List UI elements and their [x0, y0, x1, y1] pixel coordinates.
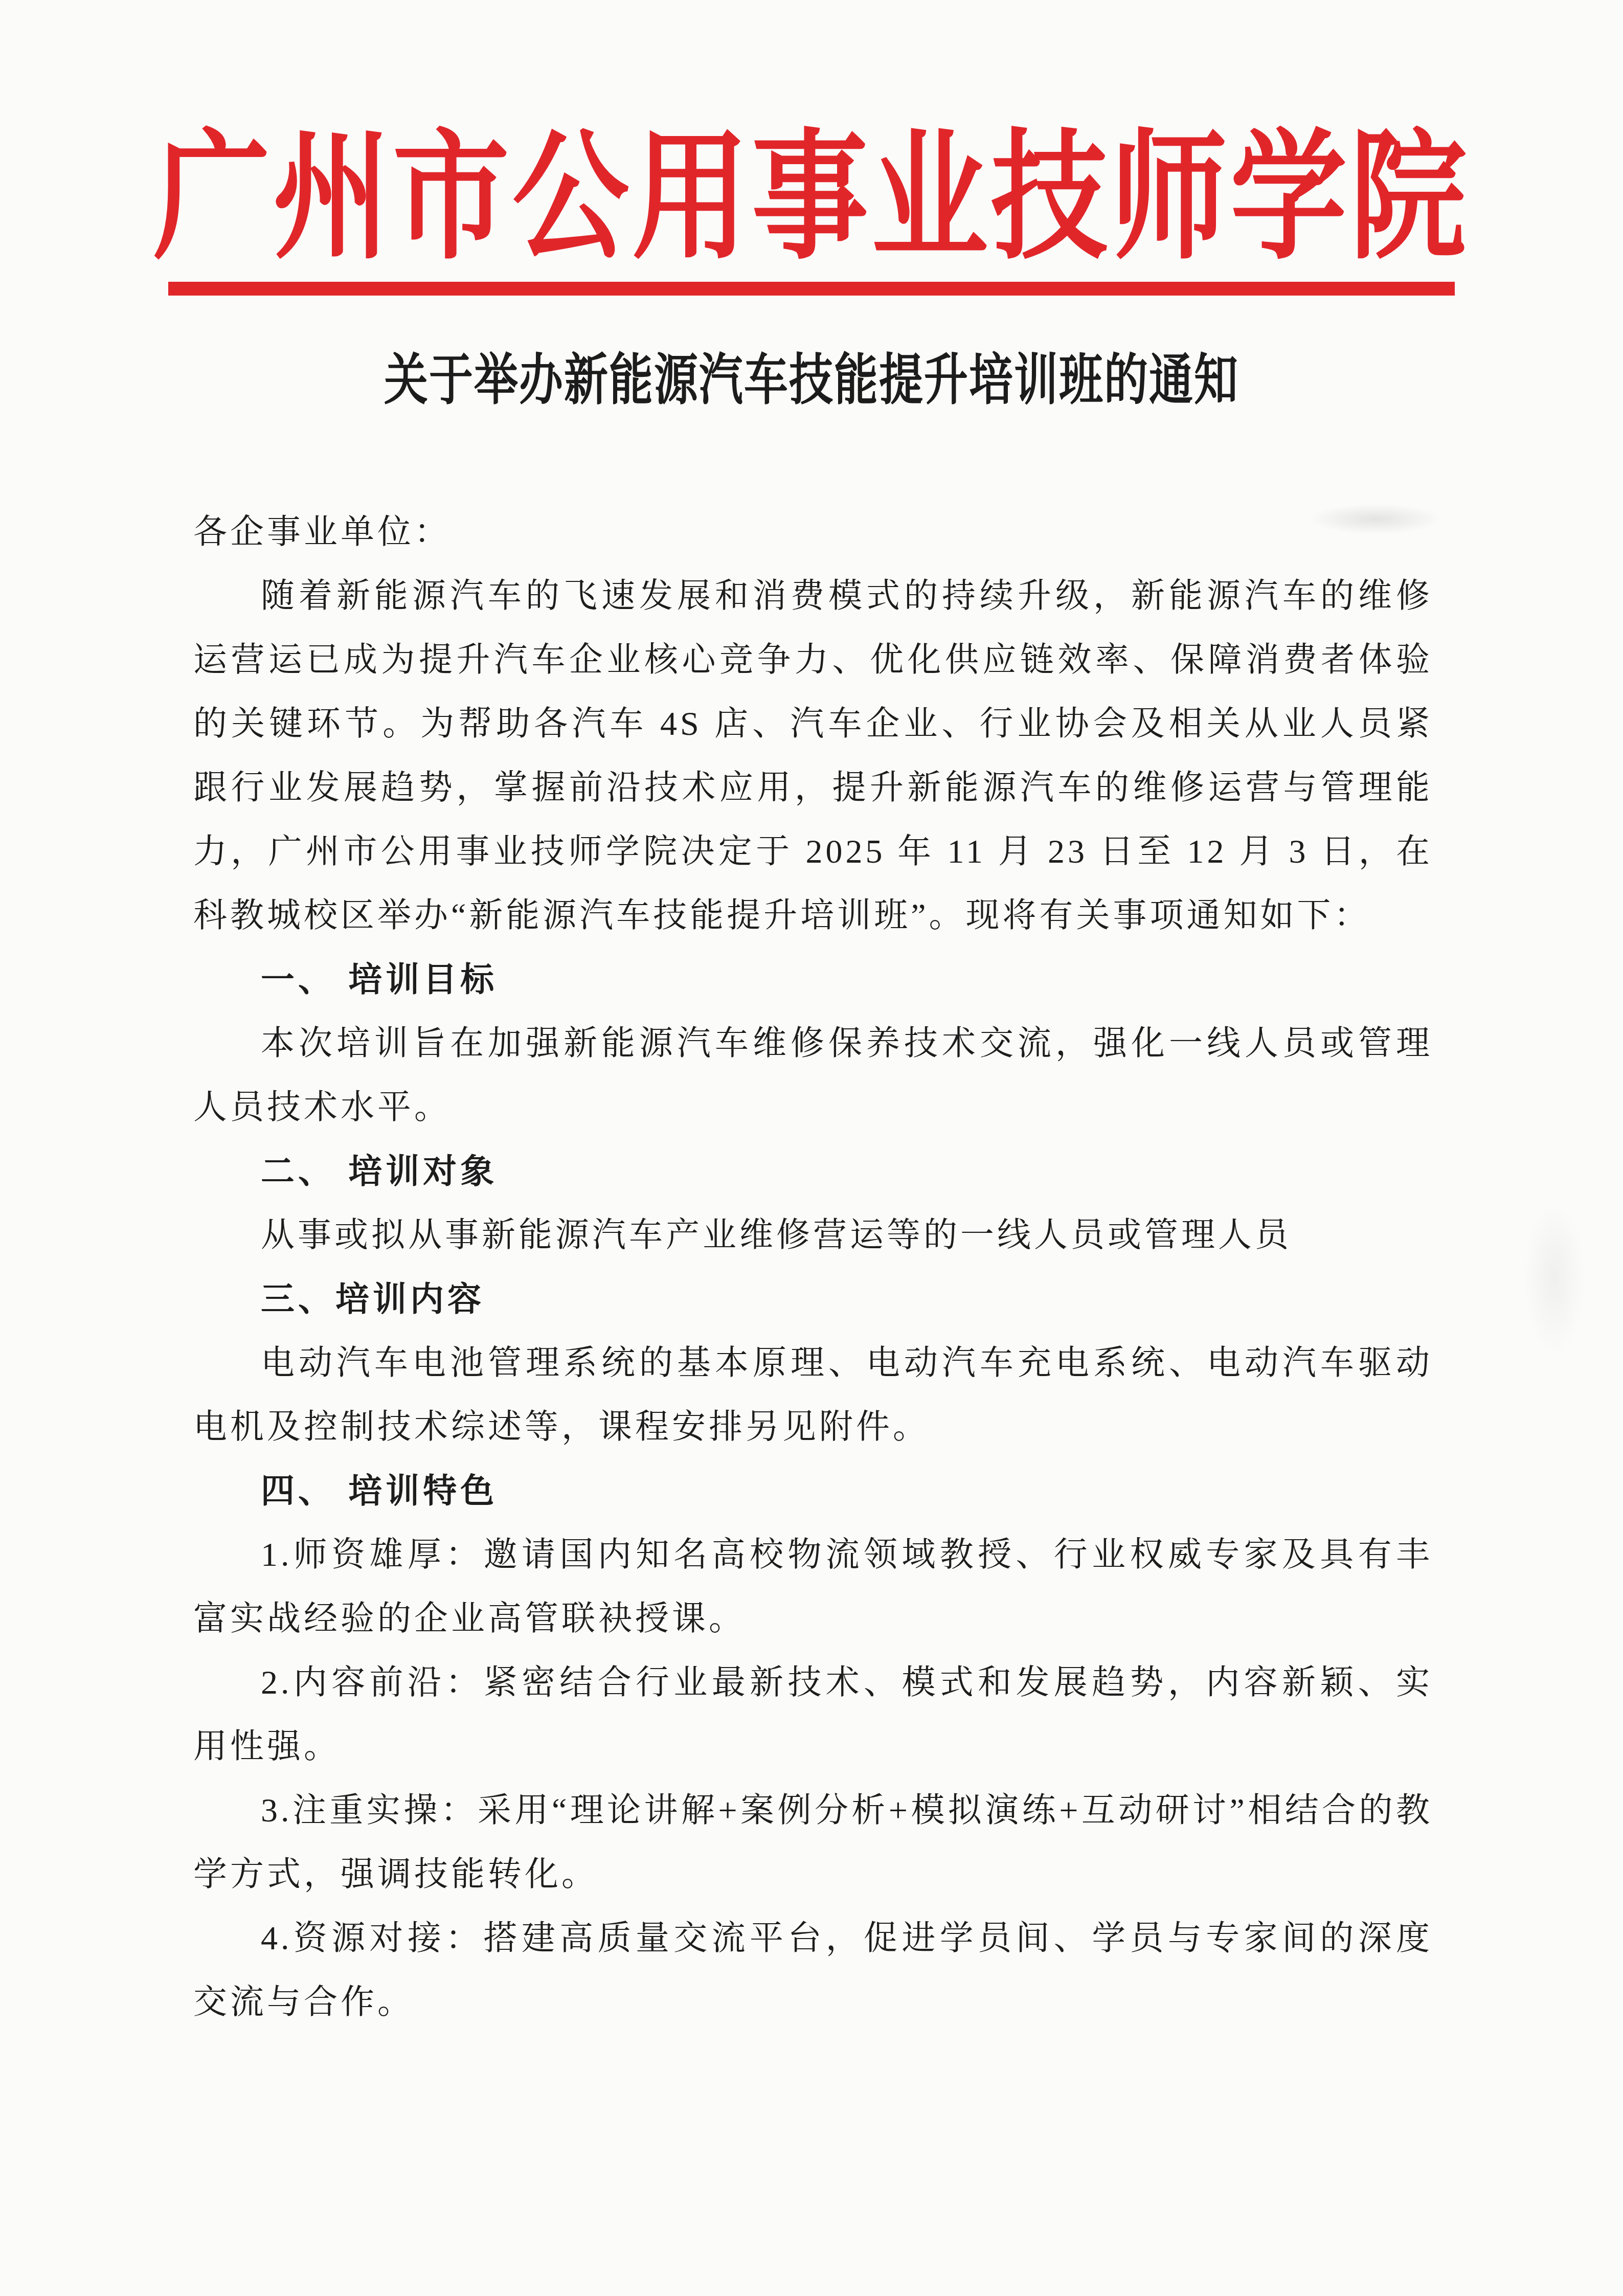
scanned-notice-page: 广州市公用事业技师学院 关于举办新能源汽车技能提升培训班的通知 各企事业单位： …	[0, 0, 1623, 2296]
notice-title: 关于举办新能源汽车技能提升培训班的通知	[0, 353, 1623, 408]
scan-smudge	[1524, 1202, 1585, 1355]
feature-item-3: 3.注重实操：采用“理论讲解+案例分析+模拟演练+互动研讨”相结合的教学方式，强…	[193, 1779, 1433, 1906]
intro-paragraph: 随着新能源汽车的飞速发展和消费模式的持续升级，新能源汽车的维修运营运已成为提升汽…	[193, 564, 1433, 948]
section-3-body: 电动汽车电池管理系统的基本原理、电动汽车充电系统、电动汽车驱动电机及控制技术综述…	[193, 1331, 1433, 1459]
section-2-heading: 二、 培训对象	[193, 1139, 1433, 1203]
letterhead-red-divider	[168, 282, 1455, 296]
feature-item-1: 1.师资雄厚：邀请国内知名高校物流领域教授、行业权威专家及具有丰富实战经验的企业…	[193, 1523, 1433, 1651]
section-3-heading: 三、培训内容	[193, 1267, 1433, 1331]
feature-item-4: 4.资源对接：搭建高质量交流平台，促进学员间、学员与专家间的深度交流与合作。	[193, 1906, 1433, 2034]
notice-body: 各企事业单位： 随着新能源汽车的飞速发展和消费模式的持续升级，新能源汽车的维修运…	[193, 500, 1433, 2034]
section-1-body: 本次培训旨在加强新能源汽车维修保养技术交流，强化一线人员或管理人员技术水平。	[193, 1011, 1433, 1139]
section-4-heading: 四、 培训特色	[193, 1459, 1433, 1523]
feature-item-2: 2.内容前沿：紧密结合行业最新技术、模式和发展趋势，内容新颖、实用性强。	[193, 1651, 1433, 1779]
letterhead-org-name: 广州市公用事业技师学院	[0, 129, 1623, 269]
salutation: 各企事业单位：	[193, 500, 1433, 564]
section-2-body: 从事或拟从事新能源汽车产业维修营运等的一线人员或管理人员	[193, 1203, 1433, 1267]
section-1-heading: 一、 培训目标	[193, 948, 1433, 1011]
